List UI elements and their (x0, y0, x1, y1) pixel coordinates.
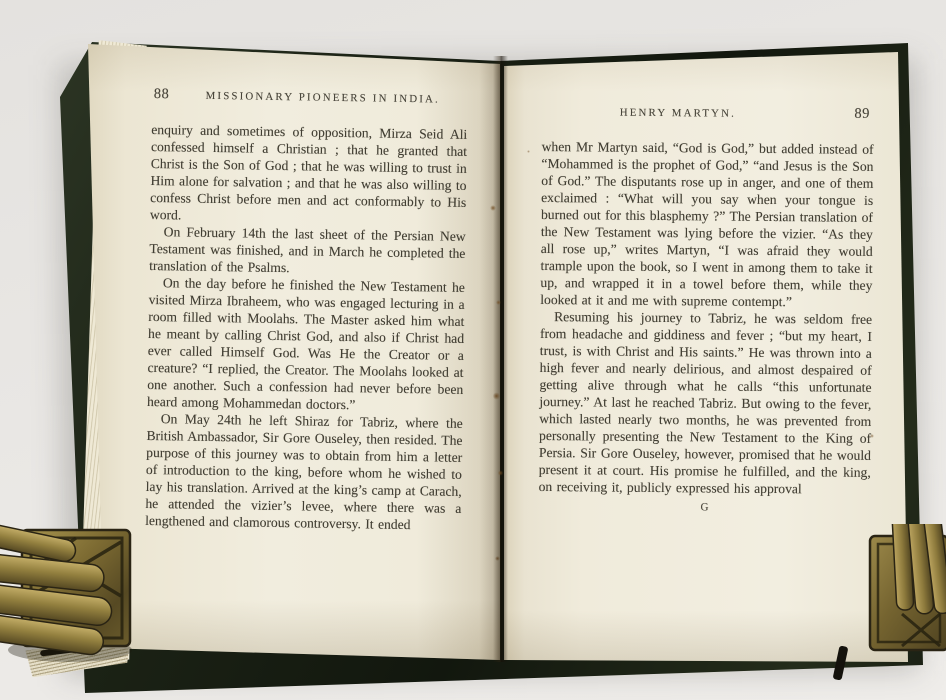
right-page-text: HENRY MARTYN. 89 when Mr Martyn said, “G… (538, 103, 874, 515)
foxing-spot (490, 205, 496, 211)
paragraph: when Mr Martyn said, “God is God,” but a… (540, 138, 873, 311)
right-running-header: HENRY MARTYN. (542, 106, 874, 121)
foxing-spot (493, 392, 500, 400)
paragraph: On February 14th the last sheet of the P… (149, 223, 466, 279)
foxing-spot (498, 470, 503, 476)
foxing-spot (495, 556, 500, 561)
left-running-header: MISSIONARY PIONEERS IN INDIA. (152, 89, 468, 106)
paragraph: On the day before he finished the New Te… (147, 274, 465, 415)
left-page-body: enquiry and sometimes of opposition, Mir… (145, 121, 467, 534)
paragraph: enquiry and sometimes of opposition, Mir… (150, 121, 468, 228)
left-page-text: 88 MISSIONARY PIONEERS IN INDIA. enquiry… (145, 86, 468, 534)
right-page-body: when Mr Martyn said, “God is God,” but a… (539, 138, 874, 498)
brass-hand-right-icon (864, 524, 946, 664)
right-page-header: HENRY MARTYN. 89 (542, 103, 874, 126)
left-page-header: 88 MISSIONARY PIONEERS IN INDIA. (152, 86, 468, 111)
book-photo: 88 MISSIONARY PIONEERS IN INDIA. enquiry… (0, 0, 946, 700)
paragraph: Resuming his journey to Tabriz, he was s… (539, 308, 873, 498)
gutter-shadow (493, 56, 508, 662)
foxing-spot (496, 300, 501, 305)
brass-hand-left-icon (0, 498, 136, 698)
right-page-number: 89 (854, 106, 870, 123)
paragraph: On May 24th he left Shiraz for Tabriz, w… (145, 410, 463, 534)
foxing-spot (527, 150, 530, 153)
